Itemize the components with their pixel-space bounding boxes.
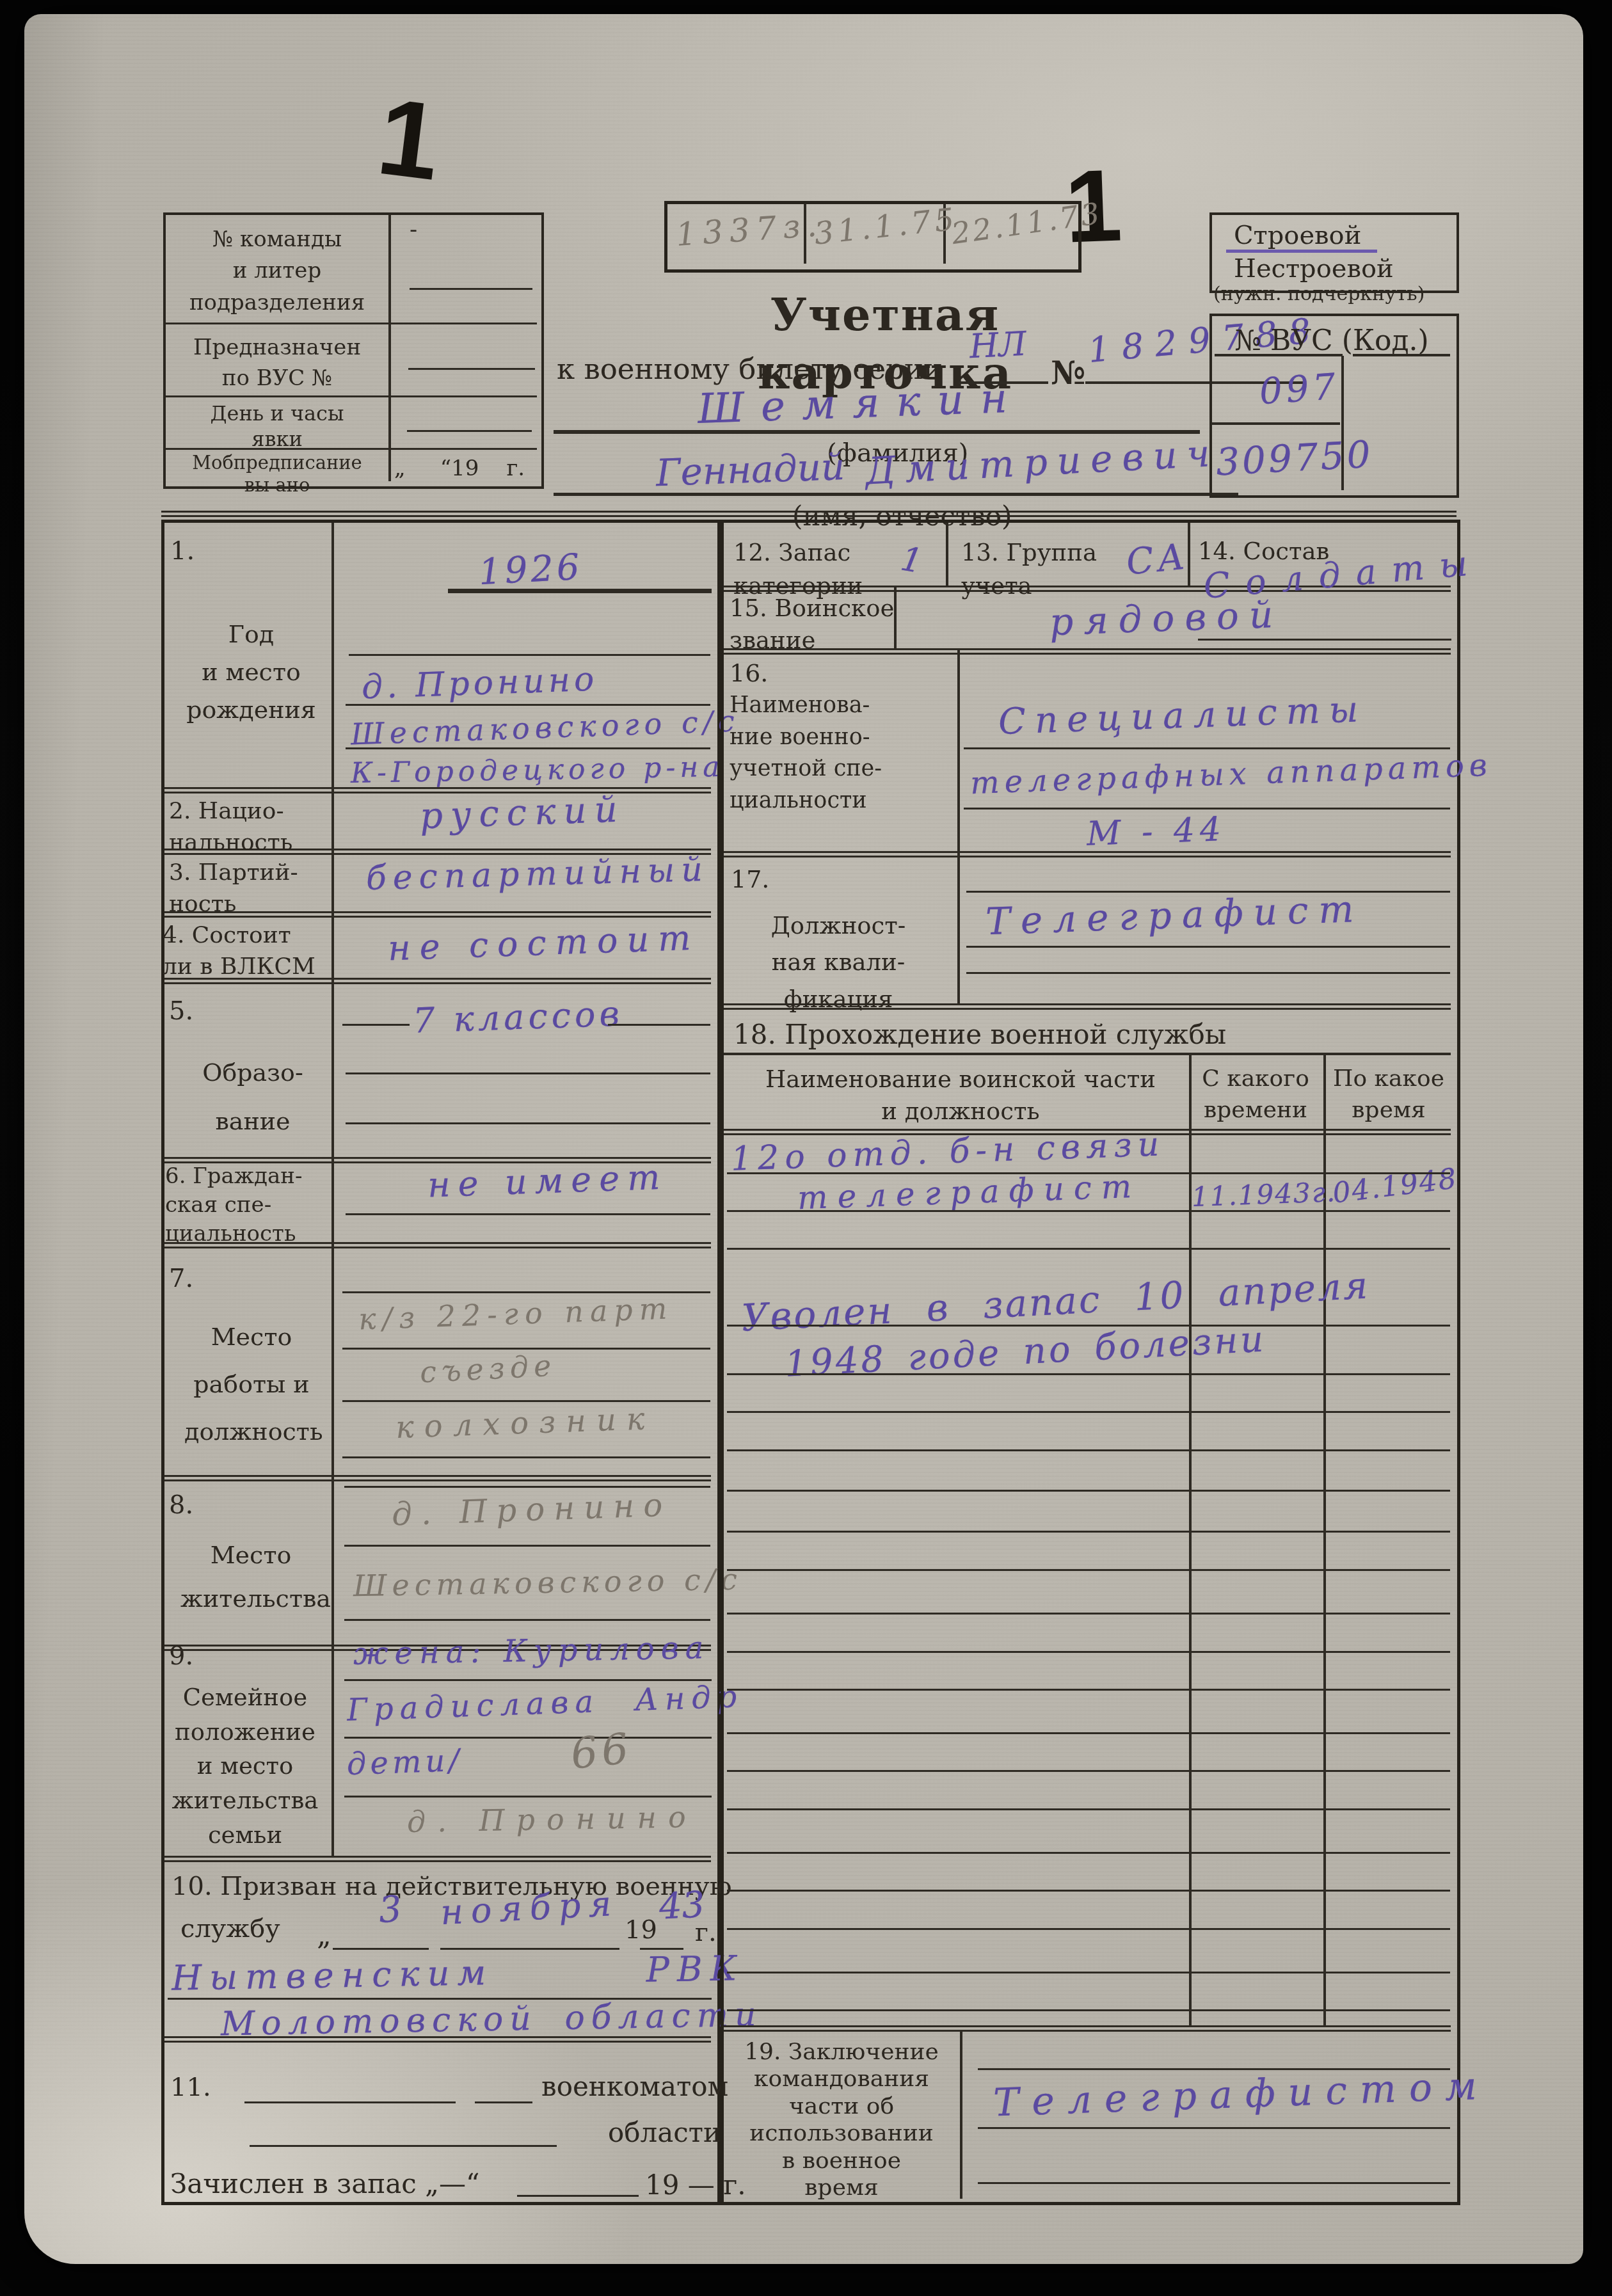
left-label-divider [331,523,334,1856]
table-rule [727,1928,1450,1930]
blank-line [475,2101,532,2103]
value-line [608,1024,710,1026]
field6-value: не имеет [427,1156,668,1205]
col-divider [894,586,897,648]
col-divider [957,851,960,1003]
field7-workplace2-value: съезде [419,1348,557,1389]
table-header-from: С какого времени [1193,1064,1318,1126]
table-rule [727,1808,1450,1810]
routing-date-blank: „ “19 г. [394,454,525,482]
field9-children-value: дети/ [346,1742,463,1782]
field18-title: 18. Прохождение военной службы [733,1017,1226,1053]
value-line [440,1948,619,1950]
table-rule [727,1210,1450,1212]
blank-line [517,2195,639,2197]
value-line [344,1619,710,1621]
name-line [554,493,1238,496]
field1-year-value: 1926 [477,546,584,593]
stroevoy-note: (нужн. подчеркнуть) [1213,282,1424,307]
routing-label-vus: Предназначен по ВУС № [172,333,383,394]
field8-number: 8. [169,1488,193,1522]
routing-blank-line [408,368,535,370]
value-line [964,747,1450,749]
value-line [342,1024,410,1026]
field7-label: Место работы и должность [184,1313,319,1455]
value-line [346,704,710,706]
field13-value: СА [1124,536,1191,584]
vus-code-1: 097 [1258,366,1341,413]
military-registration-card-scan: 1 1 № команды и литер подразделения Пред… [0,0,1612,2296]
routing-blank-line [407,430,532,432]
col-divider [957,648,960,851]
nestroevoy-option: Нестроевой [1234,252,1394,285]
table-rule [727,1732,1450,1734]
row-line [724,2025,1451,2032]
field15-label: 15. Воинское звание [730,593,894,657]
vus-header-line [1215,354,1343,356]
field9-wife-value: жена: Курилова [353,1630,710,1672]
value-line [344,1796,712,1798]
field6-label: 6. Граждан- ская спе- циальность [165,1162,302,1248]
routing-label-mob: Мобпредписание вы ано [167,452,387,497]
vus-header-line [1353,354,1450,356]
blank-line [250,2145,557,2147]
section-line [164,1475,711,1481]
routing-label-time: День и часы явки [172,401,383,452]
value-line [333,1948,429,1950]
table-rule [727,1248,1450,1250]
table-rule [727,1852,1450,1854]
field16-label: Наименова- ние военно- учетной спе- циал… [730,690,954,817]
table-rule [727,1172,1450,1174]
field8-label: Место жительства [180,1533,321,1621]
field10-year-prefix: 19 [625,1913,657,1947]
table-rule [727,1890,1450,1892]
value-line [1198,639,1451,641]
stroevoy-option: Строевой [1234,219,1361,252]
table-rule [727,1411,1450,1413]
value-line [978,2127,1450,2129]
value-line [346,747,710,749]
routing-dash: - [410,215,417,245]
table-rule [727,1373,1450,1375]
field13-label: 13. Группа учета [961,536,1097,603]
table-rule [727,1531,1450,1533]
routing-divider [388,215,391,481]
value-line [342,1456,710,1458]
table-header-to: По какое время [1327,1064,1450,1126]
field1-district-value: К-Городецкого р-на [351,751,724,790]
field8-selsovet-value: Шестаковского с/с [353,1562,743,1604]
field19-label: 19. Заключение командования части об исп… [724,2039,959,2202]
value-line [344,1545,710,1547]
field9-number: 9. [169,1639,193,1673]
field10-label2: службу [180,1912,280,1945]
blank-line [244,2101,456,2103]
field9-label: Семейное положение и место жительства се… [165,1680,325,1852]
field17-label: Должност- ная квали- фикация [730,907,947,1017]
col-divider [946,523,948,586]
series-value: НЛ [968,325,1027,367]
value-line [342,1400,710,1402]
table-rule [727,1613,1450,1614]
field19-divider [960,2032,962,2199]
table-rule [727,1325,1450,1327]
table-rule [727,1569,1450,1571]
number-sign: № [1051,352,1085,394]
table-top-line [724,1053,1451,1055]
field15-value: рядовой [1049,593,1284,644]
routing-blank-line [410,288,532,290]
field1-label: Год и место рождения [182,616,320,729]
field3-label: 3. Партий- ность [169,857,298,920]
value-line [966,972,1450,974]
table-rule [727,1770,1450,1772]
field2-value: русский [419,788,626,837]
value-line [346,1122,710,1124]
field2-label: 2. Нацио- нальность [169,796,292,858]
vus-inner-line [1212,422,1340,425]
routing-row-line [166,323,537,324]
field5-label: Образо- вание [186,1048,320,1145]
field1-number: 1. [170,534,195,568]
field4-label: 4. Состоит ли в ВЛКСМ [163,920,315,982]
surname-line [554,430,1200,434]
value-line [344,1737,712,1739]
field5-number: 5. [169,994,193,1028]
routing-label-team: № команды и литер подразделения [172,224,383,319]
value-line [346,1213,710,1215]
given-name-value: Геннадий [655,445,845,495]
table-header-unit: Наименование воинской части и должность [740,1064,1181,1128]
vus-code-2: 309750 [1215,433,1374,484]
field9-children-pencil: 66 [568,1723,635,1779]
form-top-line [161,511,1456,517]
field10-day-value: 3 [378,1888,403,1931]
section-line [164,1856,711,1862]
field10-quote: „ [317,1917,331,1954]
table-rule [727,1490,1450,1492]
value-line [448,589,712,593]
table-rule [727,1689,1450,1691]
field17-number: 17. [731,864,769,895]
field11-enlisted: Зачислен в запас „—“ [170,2167,479,2202]
value-line [349,654,710,656]
field16-number: 16. [730,658,768,689]
field5-value: 7 классов [412,993,624,1040]
table-rule [727,1449,1450,1451]
field10-year-suffix: г. [695,1916,717,1949]
field7-number: 7. [169,1262,193,1295]
value-line [966,946,1450,948]
value-line [964,808,1450,809]
field11-suffix2: области [608,2116,721,2151]
field16-value3: М - 44 [1086,810,1227,854]
table-rule [727,1972,1450,1973]
value-line [978,2182,1450,2184]
field11-number: 11. [170,2071,211,2104]
value-line [344,1679,712,1681]
routing-row-line [166,395,537,397]
table-from-value: 11.1943г. [1191,1176,1337,1213]
table-rule [727,2009,1450,2011]
field11-suffix1: военкоматом [541,2069,728,2105]
field9-village-value: д. Пронино [407,1799,698,1839]
table-rule [727,1651,1450,1653]
value-line [346,1072,710,1074]
